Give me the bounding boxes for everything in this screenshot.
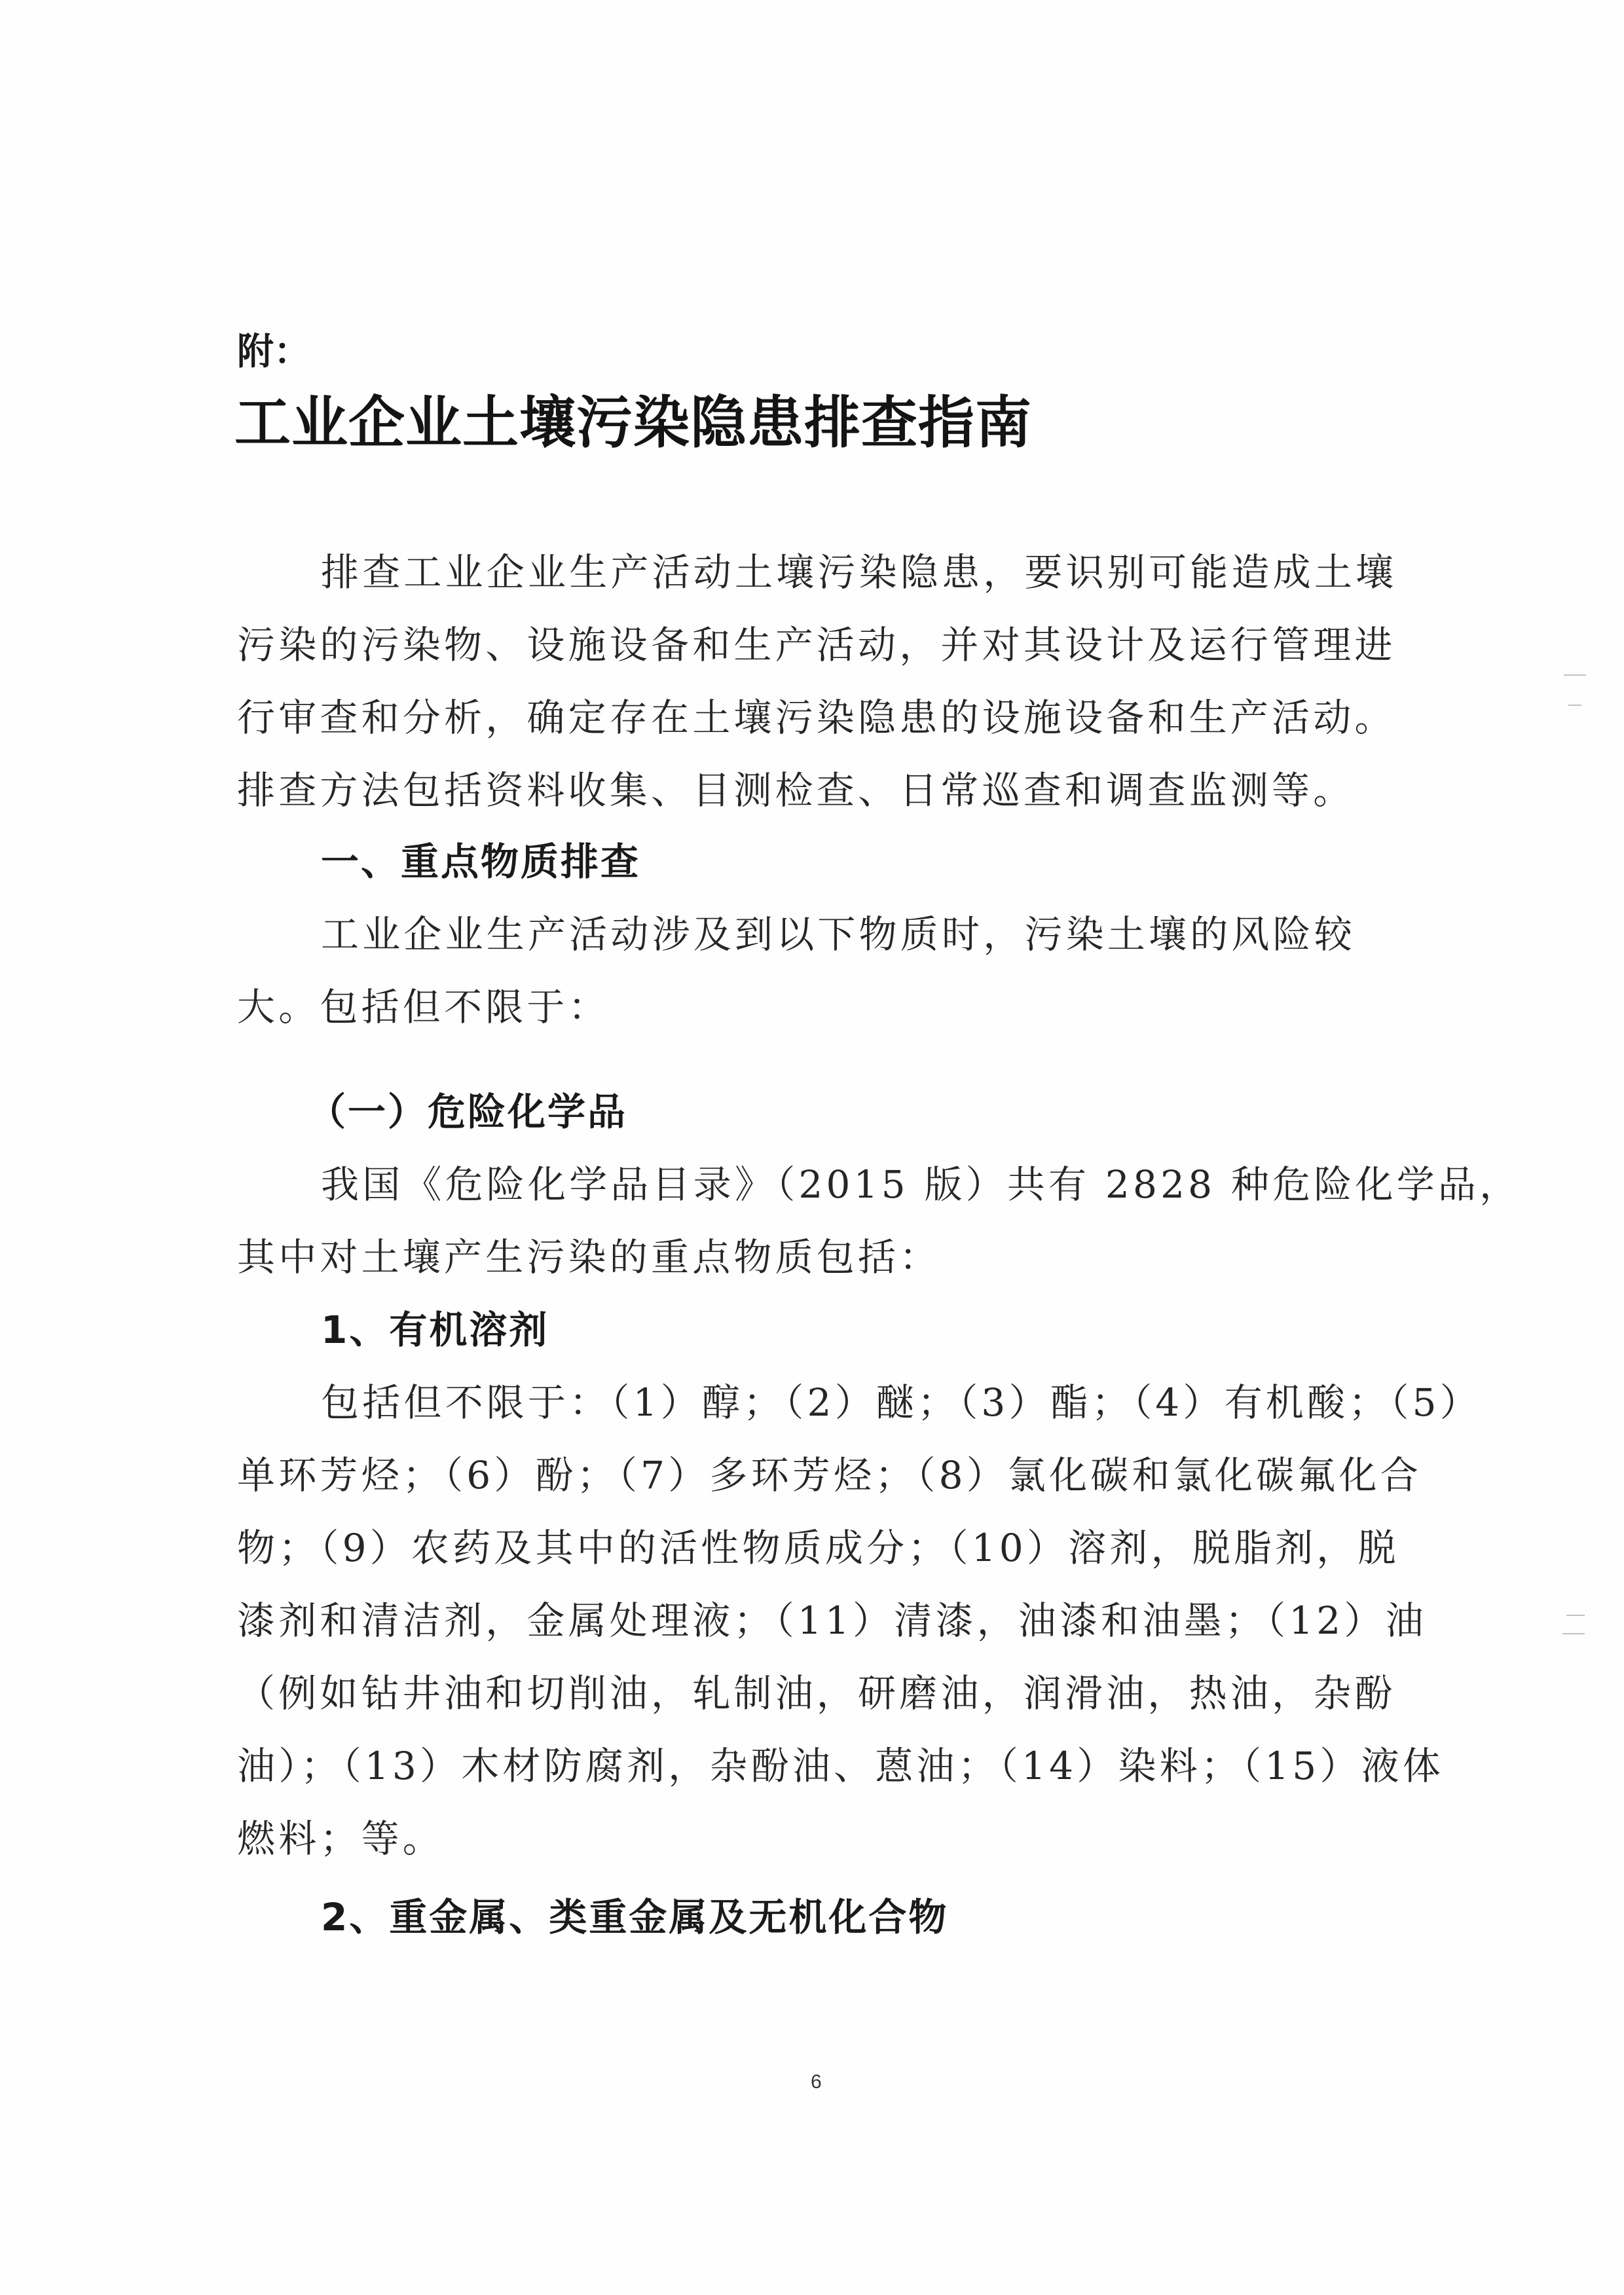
intro-line-3: 行审查和分析，确定存在土壤污染隐患的设施设备和生产活动。 — [237, 697, 1396, 739]
section-heading-key-substances: 一、重点物质排查 — [321, 841, 640, 883]
document-title: 工业企业土壤污染隐患排查指南 — [234, 390, 1032, 456]
intro-line-4: 排查方法包括资料收集、目测检查、日常巡查和调查监测等。 — [237, 769, 1354, 811]
scan-margin-mark — [1568, 705, 1581, 706]
document-page: 附： 工业企业土壤污染隐患排查指南 排查工业企业生产活动土壤污染隐患，要识别可能… — [0, 0, 1624, 2295]
scan-margin-mark — [1566, 1615, 1585, 1616]
item-heading-heavy-metals: 2、重金属、类重金属及无机化合物 — [321, 1896, 948, 1938]
item-1-line-5: （例如钻井油和切削油，轧制油，研磨油，润滑油，热油，杂酚 — [237, 1672, 1396, 1714]
intro-line-2: 污染的污染物、设施设备和生产活动，并对其设计及运行管理进 — [237, 624, 1396, 666]
scan-margin-mark — [1564, 674, 1586, 676]
item-heading-organic-solvents: 1、有机溶剂 — [321, 1309, 549, 1351]
attachment-label: 附： — [237, 331, 310, 374]
item-1-line-1: 包括但不限于：（1）醇；（2）醚；（3）酯；（4）有机酸；（5） — [321, 1382, 1481, 1423]
item-1-line-3: 物；（9）农药及其中的活性物质成分；（10）溶剂，脱脂剂，脱 — [237, 1527, 1399, 1569]
page-number: 6 — [811, 2070, 822, 2094]
item-1-line-7: 燃料；等。 — [237, 1818, 444, 1860]
section-1-line-2: 大。包括但不限于： — [237, 986, 610, 1028]
item-1-line-4: 漆剂和清洁剂，金属处理液；（11）清漆，油漆和油墨；（12）油 — [237, 1600, 1427, 1642]
subsection-1-line-2: 其中对土壤产生污染的重点物质包括： — [237, 1236, 940, 1278]
item-1-line-2: 单环芳烃；（6）酚；（7）多环芳烃；（8）氯化碳和氯化碳氟化合 — [237, 1454, 1422, 1496]
section-1-line-1: 工业企业生产活动涉及到以下物质时，污染土壤的风险较 — [321, 913, 1356, 955]
scan-margin-mark — [1562, 1633, 1585, 1634]
intro-line-1: 排查工业企业生产活动土壤污染隐患，要识别可能造成土壤 — [321, 551, 1397, 593]
subsection-heading-hazardous-chemicals: （一）危险化学品 — [308, 1091, 627, 1133]
subsection-1-line-1: 我国《危险化学品目录》（2015 版）共有 2828 种危险化学品， — [321, 1164, 1521, 1205]
item-1-line-6: 油）；（13）木材防腐剂，杂酚油、蒽油；（14）染料；（15）液体 — [237, 1745, 1444, 1787]
